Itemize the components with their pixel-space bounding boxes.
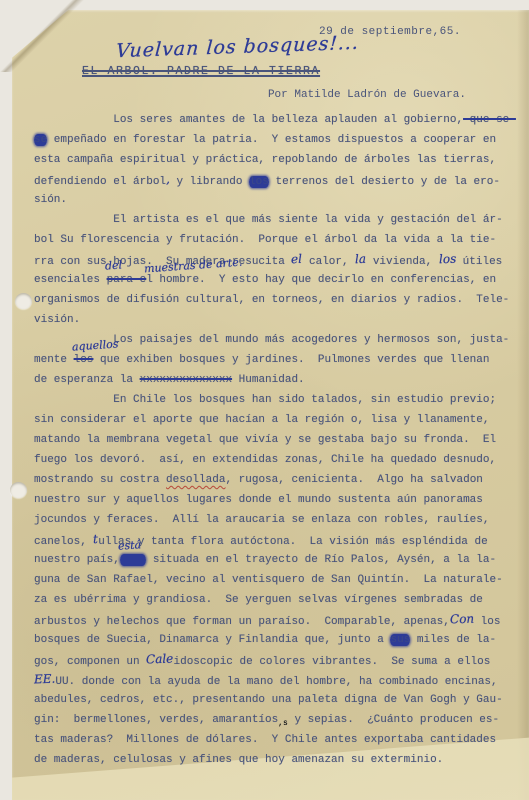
- typed-text: nuestro sur y aquellos lugares donde el …: [34, 494, 483, 506]
- typed-line: En Chile los bosques han sido talados, s…: [34, 390, 511, 410]
- typed-text: visión.: [34, 314, 80, 326]
- typed-text: y sepias. ¿Cuánto producen es-: [288, 714, 499, 726]
- typed-line: tas maderas? Millones de dólares. Y Chil…: [34, 730, 511, 750]
- ink-blot: sus: [390, 634, 410, 646]
- typed-line: mostrando su costra desollada, rugosa, c…: [34, 470, 511, 490]
- typed-line: abedules, cedros, etc., presentando una …: [34, 690, 511, 710]
- typed-line: defendiendo el árbol, y librando los ter…: [34, 170, 511, 190]
- typed-text: UU. donde con la ayuda de la mano del ho…: [55, 676, 497, 688]
- typed-line: bosques de Suecia, Dinamarca y Finlandia…: [34, 630, 511, 650]
- typed-text: idoscopic de colores vibrantes. Se suma …: [174, 656, 491, 668]
- handwritten-text: t: [93, 529, 99, 549]
- typed-text: y librando: [170, 176, 249, 188]
- typed-text: canelos,: [34, 536, 93, 548]
- handwritten-text: Cale: [146, 649, 174, 670]
- typed-text: de esperanza la: [34, 374, 140, 386]
- typed-line: sin considerar el aporte que hacían a la…: [34, 410, 511, 430]
- typed-line: jocundos y feraces. Allí la araucaria se…: [34, 510, 511, 530]
- byline: Por Matilde Ladrón de Guevara.: [12, 89, 466, 101]
- typed-text: de maderas, celulosas y afines que hoy a…: [34, 754, 443, 766]
- typed-text: arbustos y helechos que forman un paraís…: [34, 616, 450, 628]
- corrected-segment: aquelloslos: [74, 350, 94, 370]
- typed-text: útiles: [456, 256, 502, 268]
- typed-text: Los seres amantes de la belleza aplauden…: [34, 114, 463, 126]
- typed-line: esenciales delpara emuestras de arte.l h…: [34, 270, 511, 290]
- typed-line: fuego los devoró. así, en extendidas zon…: [34, 450, 511, 470]
- typed-text: bol Su florescencia y frutación. Porque …: [34, 234, 496, 246]
- typed-line: canelos, tullas y tanta flora autóctona.…: [34, 530, 511, 550]
- typed-line: de maderas, celulosas y afines que hoy a…: [34, 750, 511, 770]
- typed-line: sión.: [34, 190, 511, 210]
- inserted-text: ,s: [278, 719, 288, 728]
- typed-text: vivienda,: [366, 256, 439, 268]
- typed-text: matando la membrana vegetal que vivía y …: [34, 434, 496, 446]
- typed-line: se empeñado en forestar la patria. Y est…: [34, 130, 511, 150]
- typed-text: esta campaña espiritual y práctica, repo…: [34, 154, 496, 166]
- typed-text: ullas y tanta flora autóctona. La visión…: [98, 536, 487, 548]
- typed-text: , rugosa, cenicienta. Algo ha salvadon: [225, 474, 482, 486]
- paper-edge-shading: [517, 10, 529, 800]
- red-underlined-text: desollada: [166, 474, 225, 486]
- typed-text: gos, componen un: [34, 656, 146, 668]
- handwritten-text: los: [439, 249, 457, 270]
- handwritten-text: EE.: [34, 669, 56, 690]
- typed-line: mente aquelloslos que exhiben bosques y …: [34, 350, 511, 370]
- struck-text: xxxxxxxxxxxxxx: [140, 374, 232, 386]
- handwritten-annotation: del: [104, 256, 122, 277]
- typed-line: esta campaña espiritual y práctica, repo…: [34, 150, 511, 170]
- crossed-out-title: EL ARBOL. PADRE DE LA TIERRA: [82, 65, 320, 78]
- typed-text: mente: [34, 354, 74, 366]
- corrected-segment: está: [120, 550, 146, 570]
- typed-text: que exhiben bosques y jardines. Pulmones…: [93, 354, 489, 366]
- handwritten-text: el: [291, 249, 303, 269]
- typed-text: El artista es el que más siente la vida …: [34, 214, 503, 226]
- typed-text: En Chile los bosques han sido talados, s…: [34, 394, 496, 406]
- ink-blot: se: [34, 134, 47, 146]
- corrected-segment: delpara e: [107, 270, 147, 290]
- handwritten-text: Con: [450, 609, 475, 630]
- typed-text: bosques de Suecia, Dinamarca y Finlandia…: [34, 634, 390, 646]
- typed-text: sión.: [34, 194, 67, 206]
- scanned-document-page: { "colors": { "typewriter_ink": "#49547b…: [0, 0, 529, 800]
- typed-line: Los seres amantes de la belleza aplauden…: [34, 110, 511, 130]
- typed-text: abedules, cedros, etc., presentando una …: [34, 694, 503, 706]
- typed-line: nuestro país,está situada en el trayecto…: [34, 550, 511, 570]
- typed-text: miles de la-: [410, 634, 496, 646]
- document-body: Los seres amantes de la belleza aplauden…: [34, 110, 511, 770]
- handwritten-text: ,: [166, 169, 171, 189]
- typed-line: gos, componen un Caleidoscopic de colore…: [34, 650, 511, 670]
- typed-text: jocundos y feraces. Allí la araucaria se…: [34, 514, 489, 526]
- handwritten-annotation: está: [117, 536, 141, 558]
- typed-text: los: [474, 616, 500, 628]
- corrected-segment: muestras de arte.l hombre.: [146, 270, 205, 290]
- handwritten-annotation: aquellos: [71, 335, 119, 358]
- punch-hole-top: [15, 293, 32, 309]
- typed-text: esenciales: [34, 274, 107, 286]
- typed-line: arbustos y helechos que forman un paraís…: [34, 610, 511, 630]
- paper-sheet: 29 de septiembre,65. Vuelvan los bosques…: [12, 10, 529, 800]
- typed-line: za es ubérrima y grandiosa. Se yerguen s…: [34, 590, 511, 610]
- typed-line: organismos de difusión cultural, en torn…: [34, 290, 511, 310]
- typed-line: EE.UU. donde con la ayuda de la mano del…: [34, 670, 511, 690]
- punch-hole-bottom: [10, 482, 27, 498]
- typed-line: visión.: [34, 310, 511, 330]
- typed-text: empeñado en forestar la patria. Y estamo…: [47, 134, 496, 146]
- struck-text: que se-: [463, 114, 516, 126]
- typed-text: Humanidad.: [232, 374, 305, 386]
- typed-text: Y esto hay que decirlo en conferencias, …: [206, 274, 496, 286]
- typed-text: calor,: [302, 256, 355, 268]
- typed-line: matando la membrana vegetal que vivía y …: [34, 430, 511, 450]
- typed-line: guna de San Rafael, vecino al ventisquer…: [34, 570, 511, 590]
- typed-line: bol Su florescencia y frutación. Porque …: [34, 230, 511, 250]
- typed-text: defendiendo el árbol: [34, 176, 166, 188]
- ink-blot: los: [249, 176, 269, 188]
- typed-text: guna de San Rafael, vecino al ventisquer…: [34, 574, 503, 586]
- typed-line: El artista es el que más siente la vida …: [34, 210, 511, 230]
- typed-line: gin: bermellones, verdes, amarantíos,s y…: [34, 710, 511, 730]
- typed-text: mostrando su costra: [34, 474, 166, 486]
- typed-text: fuego los devoró. así, en extendidas zon…: [34, 454, 496, 466]
- typed-text: za es ubérrima y grandiosa. Se yerguen s…: [34, 594, 483, 606]
- typed-text: situada en el trayecto de Río Palos, Ays…: [146, 554, 496, 566]
- typed-text: sin considerar el aporte que hacían a la…: [34, 414, 489, 426]
- typed-text: gin: bermellones, verdes, amarantíos: [34, 714, 278, 726]
- typed-text: organismos de difusión cultural, en torn…: [34, 294, 509, 306]
- typed-line: de esperanza la xxxxxxxxxxxxxx Humanidad…: [34, 370, 511, 390]
- typed-line: nuestro sur y aquellos lugares donde el …: [34, 490, 511, 510]
- handwritten-text: la: [355, 249, 367, 269]
- typed-text: nuestro país,: [34, 554, 120, 566]
- typed-text: terrenos del desierto y de la ero-: [269, 176, 500, 188]
- typed-text: tas maderas? Millones de dólares. Y Chil…: [34, 734, 496, 746]
